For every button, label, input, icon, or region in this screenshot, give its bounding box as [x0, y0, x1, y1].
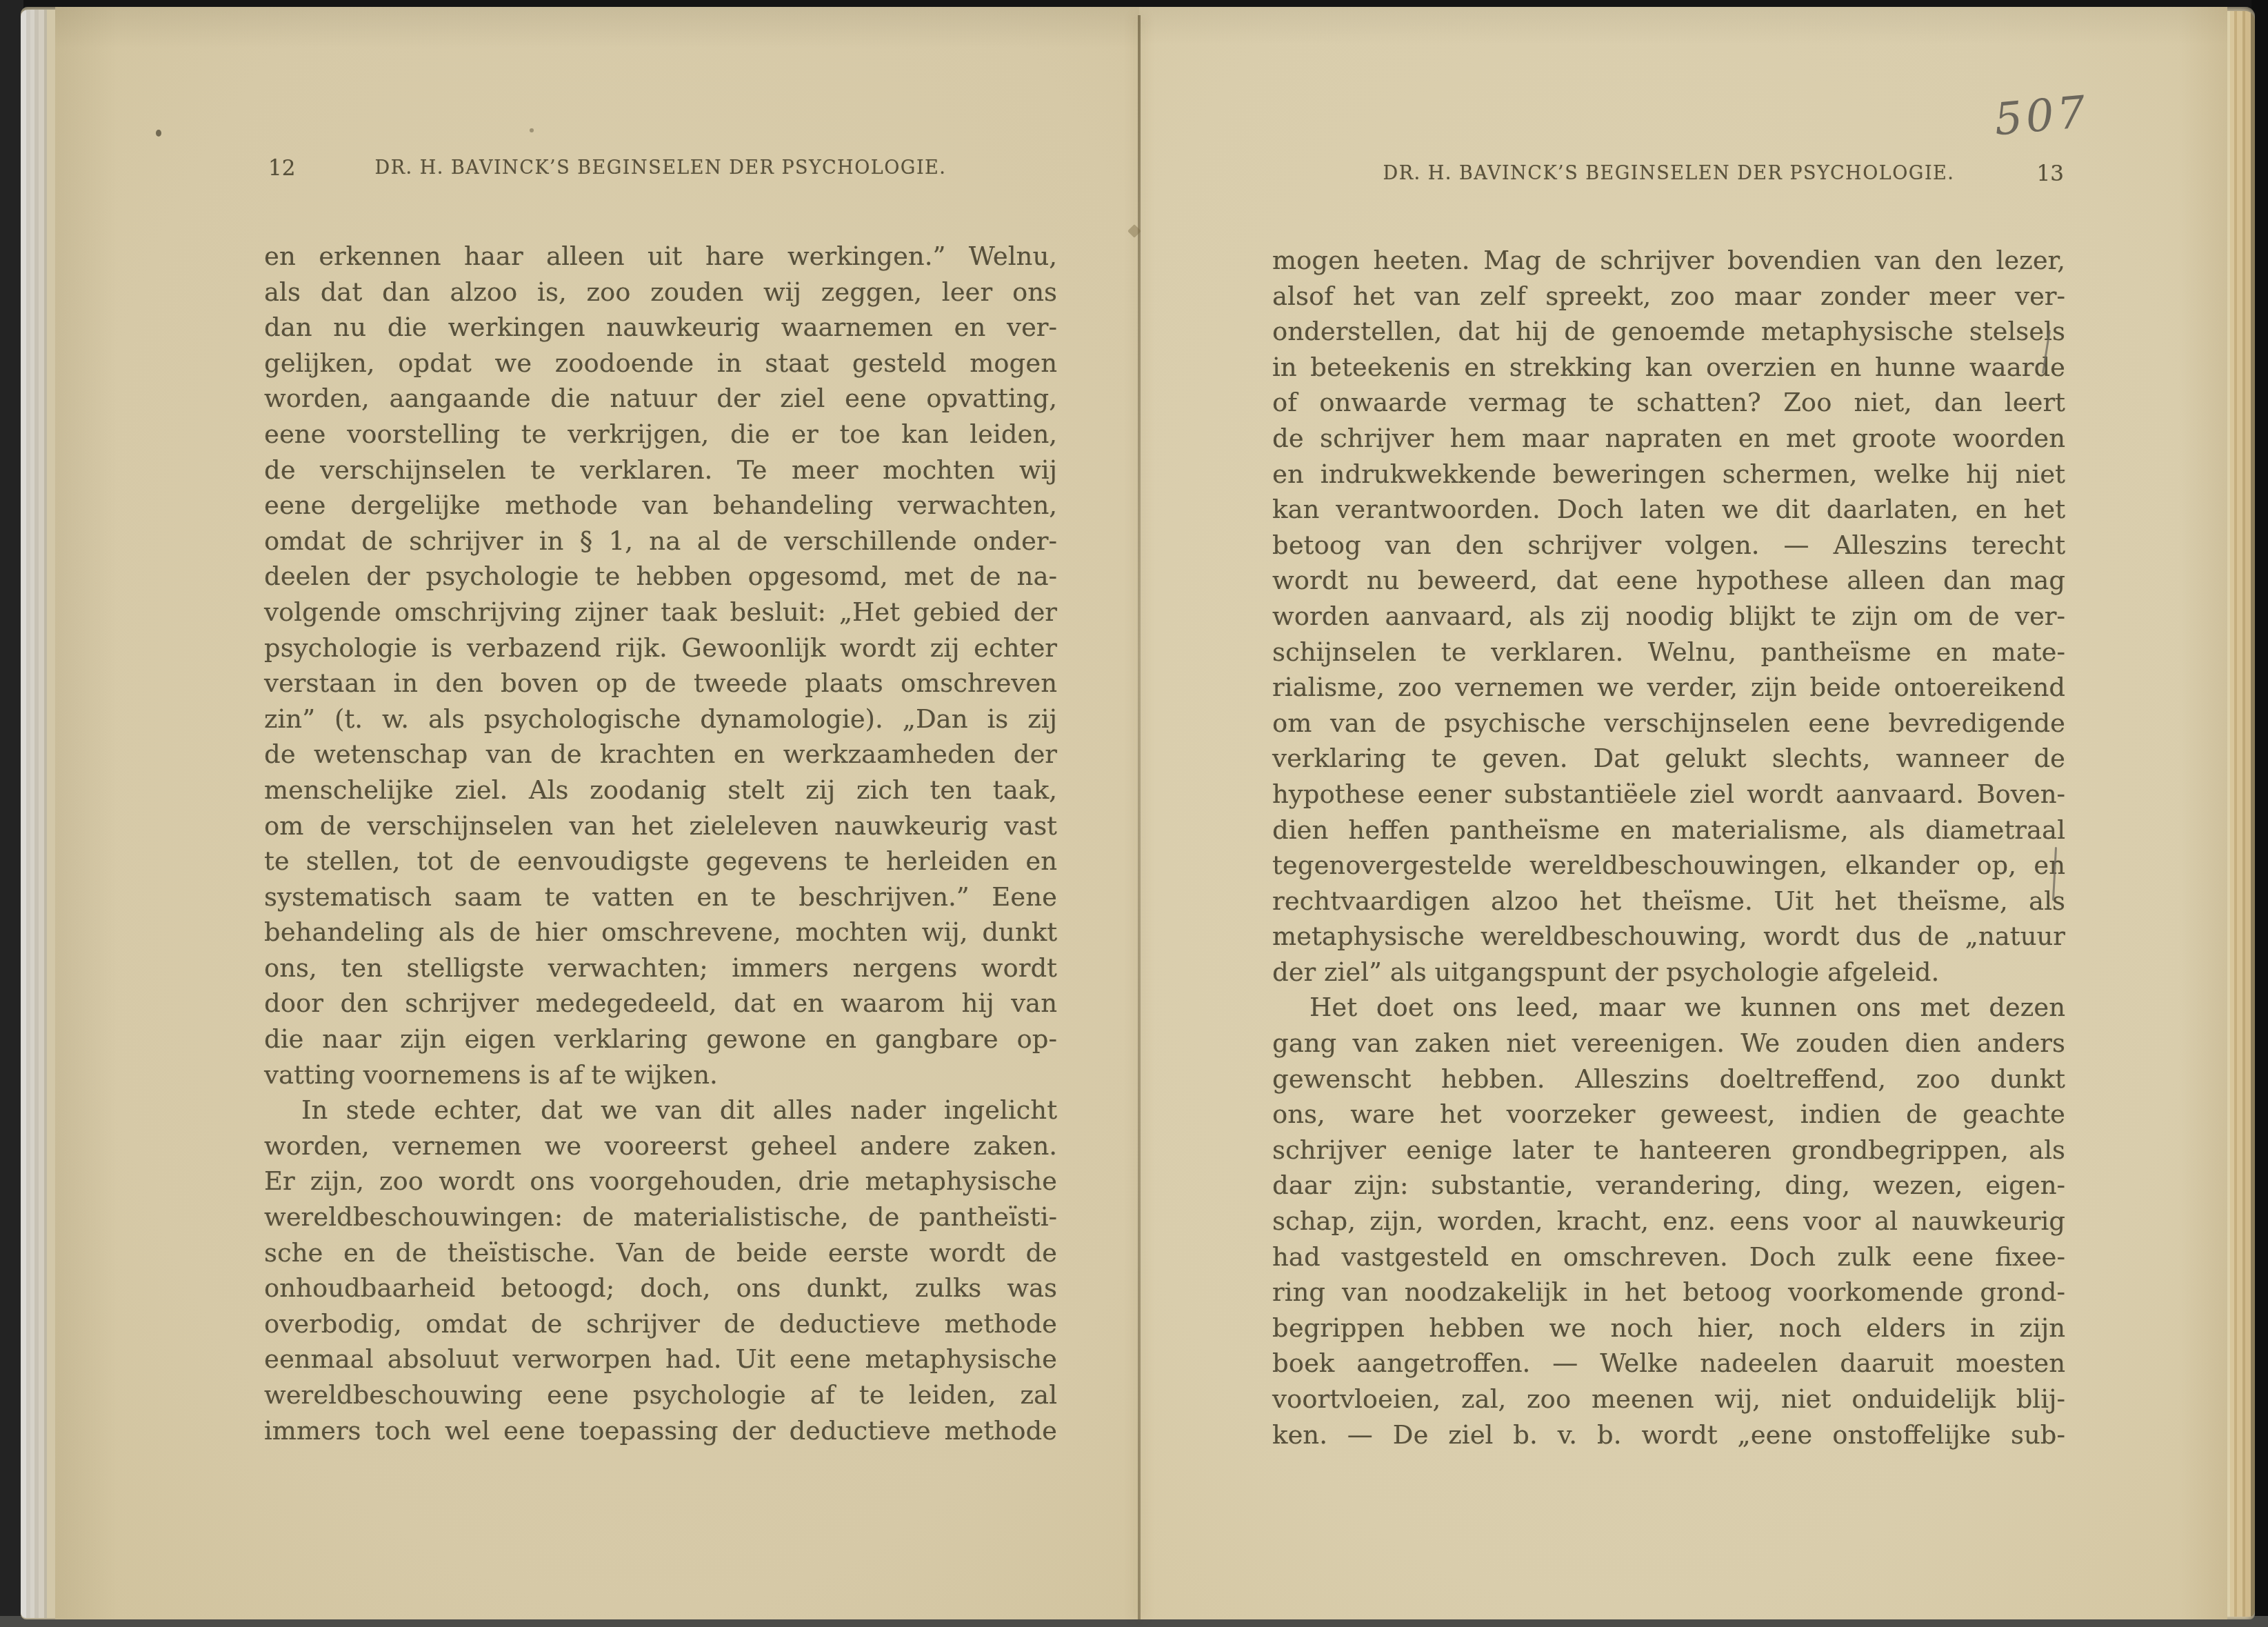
text-line: worden aanvaard, als zij noodig blijkt t… [1272, 599, 2065, 635]
text-line: verstaan in den boven op de tweede plaat… [264, 666, 1057, 701]
text-line: die naar zijn eigen verklaring gewone en… [264, 1021, 1057, 1057]
text-line: om de verschijnselen van het zieleleven … [264, 808, 1057, 844]
paragraph: mogen heeten. Mag de schrijver bovendien… [1272, 243, 2065, 990]
left-page-header: 12 DR. H. BAVINCK’S BEGINSELEN DER PSYCH… [264, 157, 1057, 188]
text-line: systematisch saam te vatten en te beschr… [264, 879, 1057, 915]
text-line: wordt nu beweerd, dat eene hypothese all… [1272, 563, 2065, 599]
text-line: gelijken, opdat we zoodoende in staat ge… [264, 346, 1057, 381]
text-line: deelen der psychologie te hebben opgesom… [264, 559, 1057, 595]
text-line: dan nu die werkingen nauwkeurig waarneme… [264, 310, 1057, 346]
text-line: schap, zijn, worden, kracht, enz. eens v… [1272, 1204, 2065, 1239]
text-line: zin” (t. w. als psychologische dynamolog… [264, 701, 1057, 737]
paragraph: In stede echter, dat we van dit alles na… [264, 1092, 1057, 1448]
text-line: daar zijn: substantie, verandering, ding… [1272, 1168, 2065, 1204]
text-line: wereldbeschouwingen: de materialistische… [264, 1199, 1057, 1235]
text-line: ring van noodzakelijk in het betoog voor… [1272, 1275, 2065, 1310]
text-line: metaphysische wereldbeschouwing, wordt d… [1272, 919, 2065, 955]
text-line: in beteekenis en strekking kan overzien … [1272, 350, 2065, 386]
text-line: verklaring te geven. Dat gelukt slechts,… [1272, 741, 2065, 777]
text-line: als dat dan alzoo is, zoo zouden wij zeg… [264, 275, 1057, 310]
text-line: onhoudbaarheid betoogd; doch, ons dunkt,… [264, 1270, 1057, 1306]
text-line: ons, ten stelligste verwachten; immers n… [264, 950, 1057, 986]
text-line: volgende omschrijving zijner taak beslui… [264, 595, 1057, 630]
text-line: der ziel” als uitgangspunt der psycholog… [1272, 955, 2065, 990]
text-line: ons, ware het voorzeker geweest, indien … [1272, 1097, 2065, 1132]
right-text-block: mogen heeten. Mag de schrijver bovendien… [1272, 243, 2065, 1453]
left-page-number: 12 [268, 156, 295, 181]
paragraph: Het doet ons leed, maar we kunnen ons me… [1272, 990, 2065, 1453]
text-line: of onwaarde vermag te schatten? Zoo niet… [1272, 385, 2065, 421]
text-line: psychologie is verbazend rijk. Gewoonlij… [264, 630, 1057, 666]
text-line: eene voorstelling te verkrijgen, die er … [264, 417, 1057, 452]
text-line: gang van zaken niet vereenigen. We zoude… [1272, 1026, 2065, 1061]
text-line: gewenscht hebben. Alleszins doeltreffend… [1272, 1061, 2065, 1097]
text-line: dien heffen pantheïsme en materialisme, … [1272, 812, 2065, 848]
text-line: te stellen, tot de eenvoudigste gegevens… [264, 844, 1057, 879]
text-line: omdat de schrijver in § 1, na al de vers… [264, 523, 1057, 559]
text-line: alsof het van zelf spreekt, zoo maar zon… [1272, 279, 2065, 315]
text-line: eenmaal absoluut verworpen had. Uit eene… [264, 1341, 1057, 1377]
text-line: kan verantwoorden. Doch laten we dit daa… [1272, 492, 2065, 528]
text-line: In stede echter, dat we van dit alles na… [264, 1092, 1057, 1128]
text-line: om van de psychische verschijnselen eene… [1272, 706, 2065, 741]
text-line: hypothese eener substantiëele ziel wordt… [1272, 777, 2065, 812]
text-line: eene dergelijke methode van behandeling … [264, 488, 1057, 523]
paper-speck [530, 128, 534, 132]
stacked-page-edges-left [21, 10, 55, 1618]
text-line: boek aangetroffen. — Welke nadeelen daar… [1272, 1346, 2065, 1381]
text-line: rechtvaardigen alzoo het theïsme. Uit he… [1272, 884, 2065, 919]
scanned-book-photo: { "annotation": { "handwritten_number": … [0, 0, 2268, 1627]
background-left-edge [0, 0, 23, 1627]
right-running-header: DR. H. BAVINCK’S BEGINSELEN DER PSYCHOLO… [1272, 163, 2065, 184]
text-line: rialisme, zoo vernemen we verder, zijn b… [1272, 670, 2065, 706]
text-line: overbodig, omdat de schrijver de deducti… [264, 1306, 1057, 1342]
text-line: betoog van den schrijver volgen. — Alles… [1272, 528, 2065, 563]
text-line: de schrijver hem maar napraten en met gr… [1272, 421, 2065, 457]
left-text-block: en erkennen haar alleen uit hare werking… [264, 239, 1057, 1448]
text-line: immers toch wel eene toepassing der dedu… [264, 1413, 1057, 1449]
right-page-header: DR. H. BAVINCK’S BEGINSELEN DER PSYCHOLO… [1272, 163, 2065, 193]
text-line: voortvloeien, zal, zoo meenen wij, niet … [1272, 1381, 2065, 1417]
text-line: behandeling als de hier omschrevene, moc… [264, 915, 1057, 950]
gutter-crease [1138, 15, 1141, 1619]
text-line: door den schrijver medegedeeld, dat en w… [264, 986, 1057, 1021]
paragraph: en erkennen haar alleen uit hare werking… [264, 239, 1057, 1092]
text-line: Het doet ons leed, maar we kunnen ons me… [1272, 990, 2065, 1026]
stacked-page-edges-right [2226, 11, 2255, 1617]
text-line: schijnselen te verklaren. Welnu, pantheï… [1272, 635, 2065, 670]
book-spread: 12 DR. H. BAVINCK’S BEGINSELEN DER PSYCH… [21, 7, 2255, 1619]
text-line: schrijver eenige later te hanteeren gron… [1272, 1132, 2065, 1168]
text-line: ken. — De ziel b. v. b. wordt „eene onst… [1272, 1417, 2065, 1453]
text-line: onderstellen, dat hij de genoemde metaph… [1272, 314, 2065, 350]
right-page-number: 13 [2037, 161, 2064, 186]
text-line: mogen heeten. Mag de schrijver bovendien… [1272, 243, 2065, 279]
text-line: menschelijke ziel. Als zoodanig stelt zi… [264, 772, 1057, 808]
text-line: de wetenschap van de krachten en werkzaa… [264, 737, 1057, 772]
paper-speck [156, 130, 161, 137]
text-line: worden, aangaande die natuur der ziel ee… [264, 381, 1057, 417]
text-line: wereldbeschouwing eene psychologie af te… [264, 1377, 1057, 1413]
text-line: Er zijn, zoo wordt ons voorgehouden, dri… [264, 1164, 1057, 1199]
text-line: sche en de theïstische. Van de beide eer… [264, 1235, 1057, 1271]
text-line: en indrukwekkende beweringen schermen, w… [1272, 457, 2065, 492]
text-line: begrippen hebben we noch hier, noch elde… [1272, 1310, 2065, 1346]
text-line: tegenovergestelde wereldbeschouwingen, e… [1272, 848, 2065, 884]
text-line: en erkennen haar alleen uit hare werking… [264, 239, 1057, 275]
text-line: de verschijnselen te verklaren. Te meer … [264, 452, 1057, 488]
text-line: vatting voornemens is af te wijken. [264, 1057, 1057, 1093]
left-running-header: DR. H. BAVINCK’S BEGINSELEN DER PSYCHOLO… [264, 157, 1057, 179]
text-line: worden, vernemen we vooreerst geheel and… [264, 1128, 1057, 1164]
text-line: had vastgesteld en omschreven. Doch zulk… [1272, 1239, 2065, 1275]
